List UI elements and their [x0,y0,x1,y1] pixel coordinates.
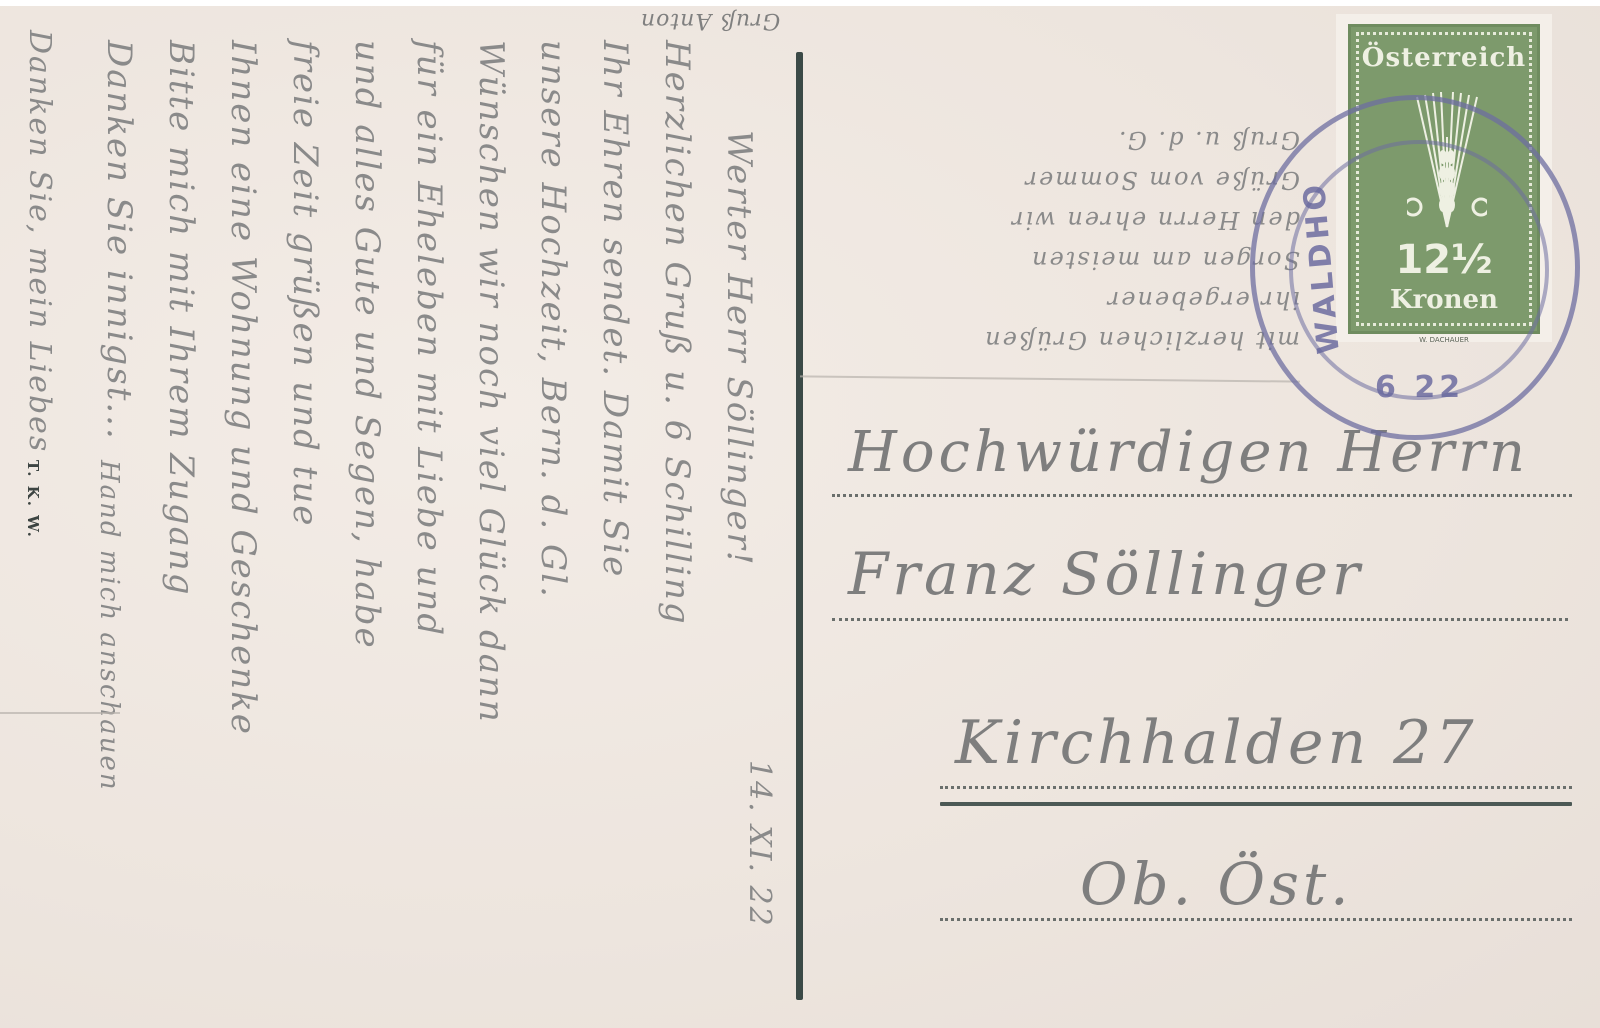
letter-line: und alles Gute und Segen, habe [336,40,398,1000]
letter-line: Herzlichen Gruß u. 6 Schilling [646,40,708,1000]
stamp-value: 12½ [1351,237,1537,283]
letter-margin-line: Hand mich anschauen [78,460,140,1020]
letter-line: Wünschen wir noch viel Glück dann [460,40,522,1000]
letter-line: für ein Eheleben mit Liebe und [398,40,460,1000]
note-line: mit herzlichen Grüßen [800,320,1300,360]
letter-line: unsere Hochzeit, Bern. d. Gl. [522,40,584,1000]
address-line-2 [832,618,1568,621]
scan-edge [0,0,1600,6]
letter-margin-line: Danken Sie, mein Liebes [8,30,70,990]
upside-down-note: mit herzlichen Grüßen ihr ergebener Sorg… [800,30,1300,360]
letter-line: Ihnen eine Wohnung und Geschenke [212,40,274,1000]
note-line: ihr ergebener [800,280,1300,320]
note-line: den Herrn ehren wir [800,200,1300,240]
top-margin-note: Gruß Anton [640,8,780,33]
postage-stamp: Österreich 12½ Kronen [1336,14,1552,342]
postcard-back: T. K. W. Werter Herr Söllinger! Herzlich… [0,0,1600,1028]
letter-date-wrap: 14. XI. 22 [728,760,790,928]
address-region: Ob. Öst. [1080,850,1353,918]
letter-body: Werter Herr Söllinger! Herzlichen Gruß u… [88,40,770,1000]
address-salutation: Hochwürdigen Herrn [848,420,1529,485]
note-line: Sorgen am meisten [800,240,1300,280]
letter-line: Bitte mich mit Ihrem Zugang [150,40,212,1000]
stamp-frame: Österreich 12½ Kronen [1348,24,1540,334]
letter-margin-2: Hand mich anschauen [78,460,140,1020]
address-street: Kirchhalden 27 [955,708,1478,778]
note-line: Grüße vom Sommer [800,160,1300,200]
letter-margin: Danken Sie, mein Liebes [8,30,70,990]
faint-pencil-line [800,375,1300,382]
address-name: Franz Söllinger [848,540,1364,608]
address-underline [940,802,1572,806]
stamp-country: Österreich [1351,43,1537,73]
stamp-currency: Kronen [1351,285,1537,315]
stamp-designer: W. DACHAUER [1336,336,1552,344]
letter-date: 14. XI. 22 [728,760,790,928]
faint-pencil-line [0,712,120,714]
address-line-1 [832,494,1572,497]
postmark-date: 6 22 [1375,370,1464,405]
letter-line: freie Zeit grüßen und tue [274,40,336,1000]
address-line-3 [940,786,1572,789]
wheat-icon [1407,87,1487,237]
note-line: Gruß u. d. G. [800,120,1300,160]
address-line-4 [940,918,1572,921]
letter-line: Ihr Ehren sendet. Damit Sie [584,40,646,1000]
